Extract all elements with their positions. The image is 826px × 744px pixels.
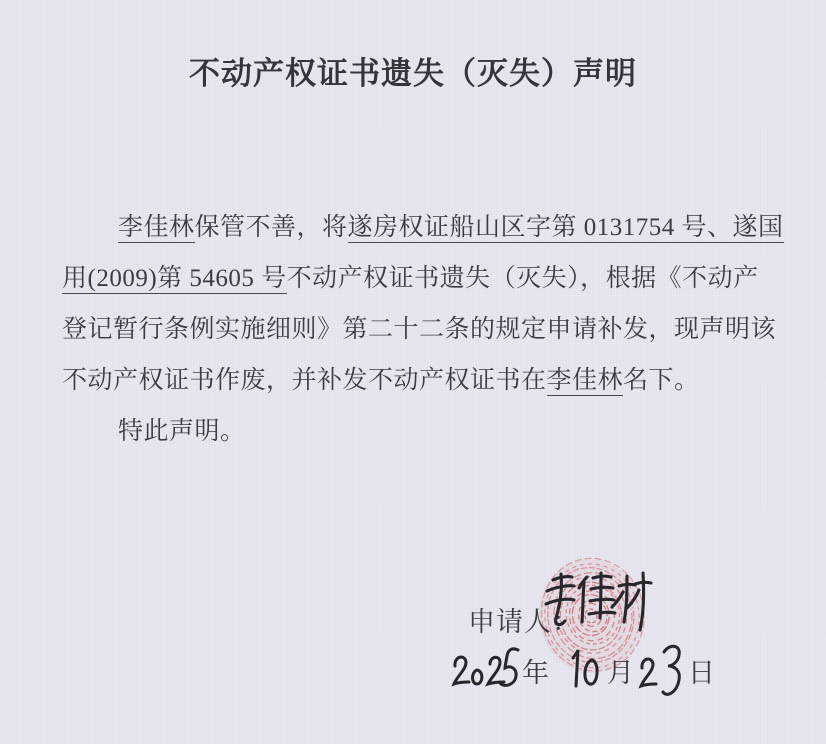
handwritten-day-digits — [636, 640, 686, 704]
body-line: 登记暂行条例实施细则》第二十二条的规定申请补发，现声明该 — [62, 304, 744, 355]
underlined-text: 李佳林 — [547, 367, 624, 396]
body-text: 不动产权证书遗失（灭失），根据《不动产 — [287, 265, 759, 292]
year-unit: 年 — [520, 651, 551, 696]
body-line: 李佳林保管不善，将遂房权证船山区字第 0131754 号、遂国 — [62, 202, 744, 253]
handwritten-month-digits — [565, 642, 605, 694]
underlined-text: 李佳林 — [118, 214, 195, 243]
underlined-text: 遂房权证船山区字第 0131754 号、遂国 — [348, 214, 784, 243]
body-line: 特此声明。 — [62, 406, 744, 457]
body-line: 用(2009)第 54605 号不动产权证书遗失（灭失），根据《不动产 — [62, 253, 744, 304]
body-text: 登记暂行条例实施细则》第二十二条的规定申请补发，现声明该 — [62, 316, 776, 343]
body-text: 保管不善，将 — [195, 214, 348, 241]
handwritten-year-digits — [450, 642, 520, 694]
underlined-text: 用(2009)第 54605 号 — [62, 265, 287, 294]
scanned-declaration-page: 不动产权证书遗失（灭失）声明 李佳林保管不善，将遂房权证船山区字第 013175… — [0, 0, 826, 744]
body-line: 不动产权证书作废，并补发不动产权证书在李佳林名下。 — [62, 355, 744, 406]
body-text: 特此声明。 — [118, 418, 246, 445]
date-line: 年 月 日 — [450, 640, 717, 696]
month-unit: 月 — [605, 651, 636, 696]
body-text: 名下。 — [623, 367, 700, 394]
document-title: 不动产权证书遗失（灭失）声明 — [0, 48, 826, 93]
body-text: 不动产权证书作废，并补发不动产权证书在 — [62, 367, 547, 394]
document-body: 李佳林保管不善，将遂房权证船山区字第 0131754 号、遂国用(2009)第 … — [62, 202, 744, 457]
day-unit: 日 — [686, 651, 717, 696]
